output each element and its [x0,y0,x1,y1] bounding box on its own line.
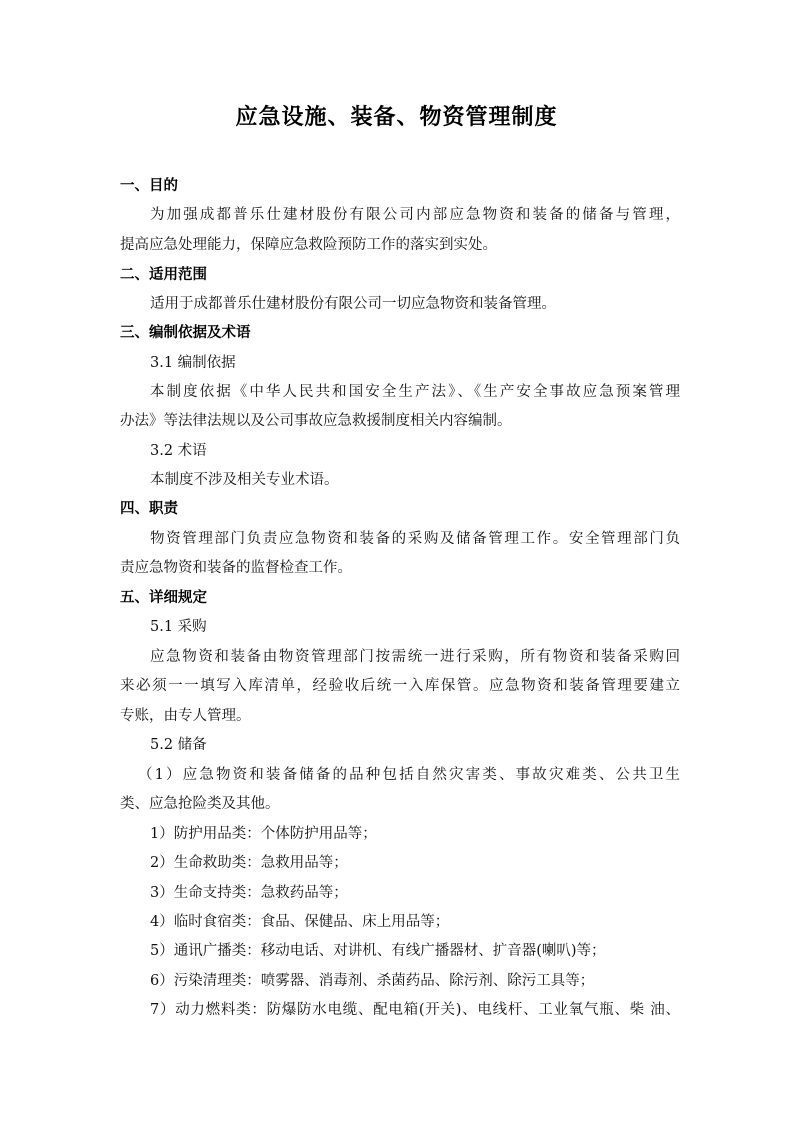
list-item: 3）生命支持类：急救药品等； [150,883,680,903]
heading-purpose: 一、目的 [120,176,680,196]
paragraph-line: 本制度不涉及相关专业术语。 [150,470,680,490]
heading-basis-terms: 三、编制依据及术语 [120,323,680,343]
list-item: 4）临时食宿类：食品、保健品、床上用品等； [150,912,680,932]
heading-detailed-rules: 五、详细规定 [120,588,680,608]
document-title: 应急设施、装备、物资管理制度 [0,100,793,131]
paragraph-line: 提高应急处理能力，保障应急救险预防工作的落实到实处。 [120,235,680,255]
heading-scope: 二、适用范围 [120,265,680,285]
paragraph-line: 专账，由专人管理。 [120,706,680,726]
paragraph-line: 责应急物资和装备的监督检查工作。 [120,558,680,578]
subheading-basis: 3.1 编制依据 [150,353,680,373]
heading-duties: 四、职责 [120,499,680,519]
list-item: 5）通讯广播类：移动电话、对讲机、有线广播器材、扩音器(喇叭)等； [150,941,680,961]
paragraph-line: 办法》等法律法规以及公司事故应急救援制度相关内容编制。 [120,411,680,431]
subheading-terms: 3.2 术语 [150,441,680,461]
subheading-storage: 5.2 储备 [150,735,680,755]
list-item: 7）动力燃料类：防爆防水电缆、配电箱(开关)、电线杆、工业氧气瓶、柴 油、 [150,1000,680,1020]
subheading-procurement: 5.1 采购 [150,617,680,637]
paragraph-line: 本制度依据《中华人民共和国安全生产法》、《生产安全事故应急预案管理 [150,382,680,402]
paragraph-line: 类、应急抢险类及其他。 [120,794,680,814]
list-item: 1）防护用品类：个体防护用品等； [150,824,680,844]
paragraph-line: 物资管理部门负责应急物资和装备的采购及储备管理工作。安全管理部门负 [150,529,680,549]
paragraph-line: 为加强成都普乐仕建材股份有限公司内部应急物资和装备的储备与管理， [150,205,680,225]
list-item: 2）生命救助类：急救用品等； [150,853,680,873]
list-item: 6）污染清理类：喷雾器、消毒剂、杀菌药品、除污剂、除污工具等； [150,971,680,991]
paragraph-line: 应急物资和装备由物资管理部门按需统一进行采购，所有物资和装备采购回 [150,647,680,667]
paragraph-line: 来必须一一填写入库清单，经验收后统一入库保管。应急物资和装备管理要建立 [120,676,680,696]
paragraph-line: （1）应急物资和装备储备的品种包括自然灾害类、事故灾难类、公共卫生 [138,765,680,785]
paragraph-line: 适用于成都普乐仕建材股份有限公司一切应急物资和装备管理。 [150,294,680,314]
